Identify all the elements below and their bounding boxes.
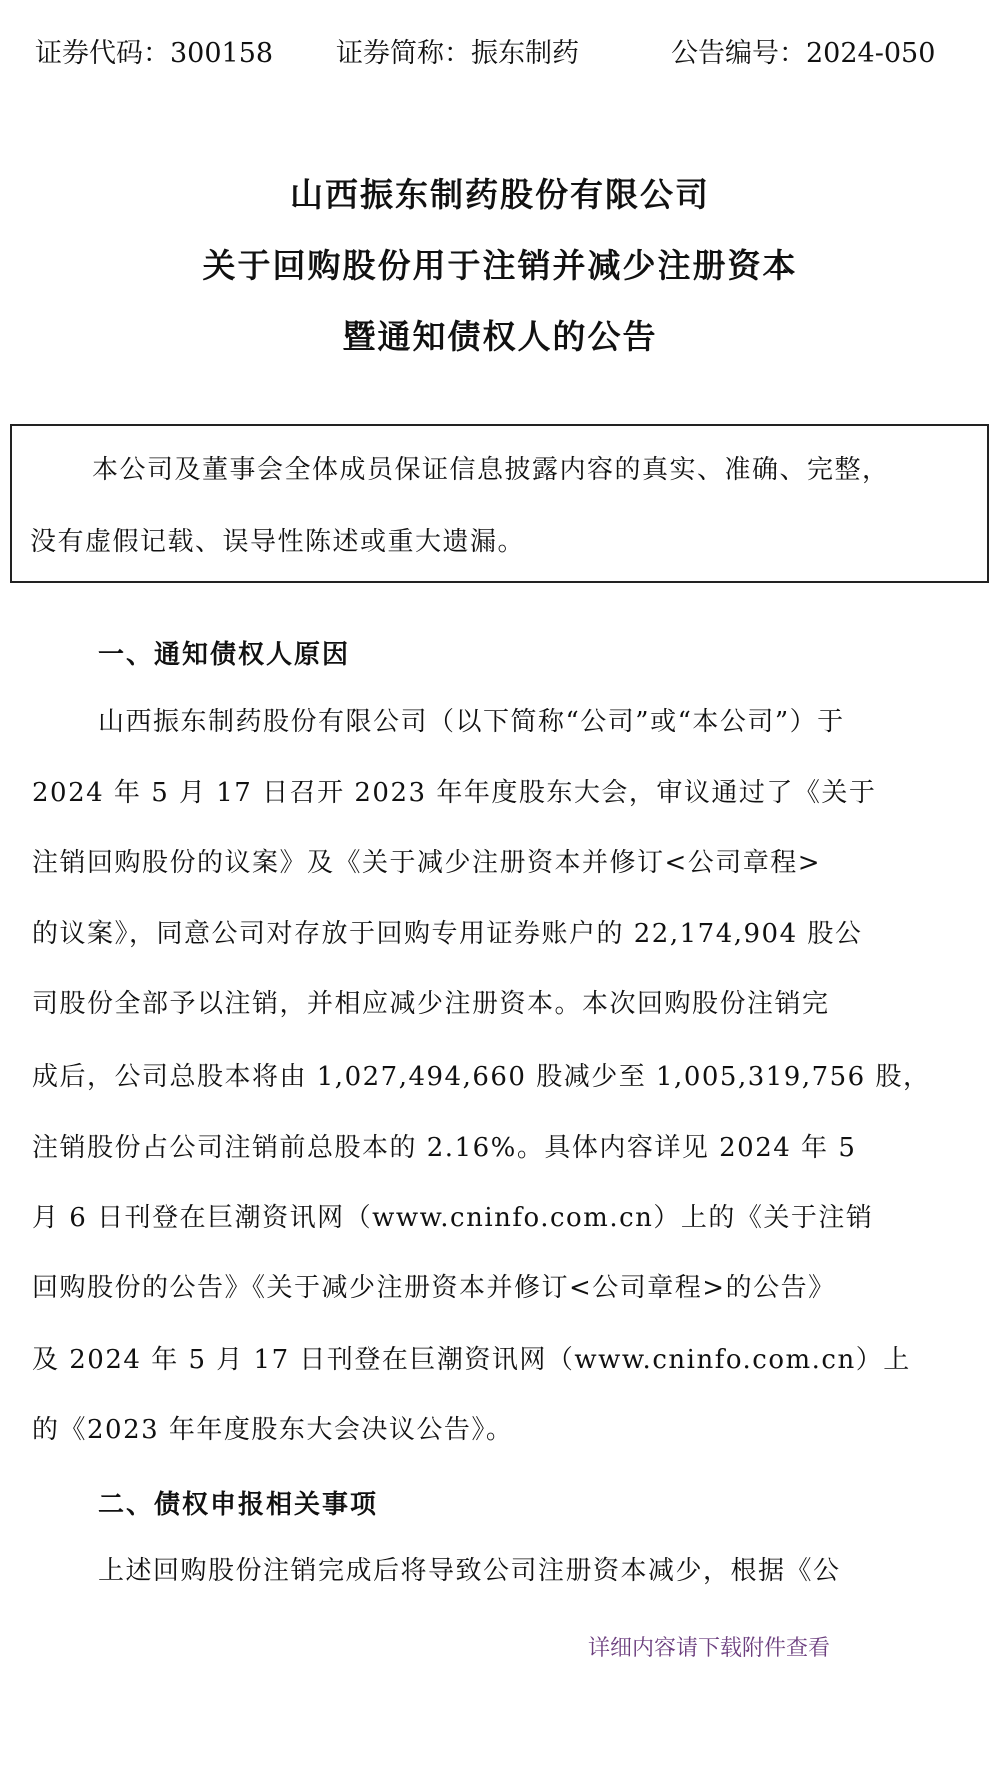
security-code: 证券代码：300158 xyxy=(35,36,273,72)
disclosure-notice-box: 本公司及董事会全体成员保证信息披露内容的真实、准确、完整， 没有虚假记载、误导性… xyxy=(10,424,989,583)
announcement-number: 公告编号：2024-050 xyxy=(671,36,935,72)
announcement-header: 证券代码：300158 证券简称：振东制药 公告编号：2024-050 xyxy=(0,36,1000,72)
notice-line: 没有虚假记载、误导性陈述或重大遗漏。 xyxy=(30,524,525,560)
title-subject: 关于回购股份用于注销并减少注册资本 xyxy=(0,246,1000,286)
notice-line: 本公司及董事会全体成员保证信息披露内容的真实、准确、完整， xyxy=(92,452,890,488)
paragraph-line: 月 6 日刊登在巨潮资讯网（www.cninfo.com.cn）上的《关于注销 xyxy=(32,1200,873,1236)
title-suffix: 暨通知债权人的公告 xyxy=(0,317,1000,357)
paragraph-line: 注销股份占公司注销前总股本的 2.16%。具体内容详见 2024 年 5 xyxy=(32,1130,856,1166)
paragraph-line: 注销回购股份的议案》及《关于减少注册资本并修订<公司章程> xyxy=(32,845,821,881)
paragraph-line: 回购股份的公告》《关于减少注册资本并修订<公司章程>的公告》 xyxy=(32,1270,836,1306)
section-heading-reason: 一、通知债权人原因 xyxy=(98,637,350,673)
paragraph-line: 2024 年 5 月 17 日召开 2023 年年度股东大会，审议通过了《关于 xyxy=(32,775,876,811)
paragraph-line: 的《2023 年年度股东大会决议公告》。 xyxy=(32,1412,513,1448)
paragraph-line: 司股份全部予以注销，并相应减少注册资本。本次回购股份注销完 xyxy=(32,986,830,1022)
paragraph-line: 及 2024 年 5 月 17 日刊登在巨潮资讯网（www.cninfo.com… xyxy=(32,1342,911,1378)
paragraph-line: 的议案》，同意公司对存放于回购专用证券账户的 22,174,904 股公 xyxy=(32,916,862,952)
download-attachment-link[interactable]: 详细内容请下载附件查看 xyxy=(588,1634,830,1664)
paragraph-line: 上述回购股份注销完成后将导致公司注册资本减少，根据《公 xyxy=(98,1553,841,1589)
security-name: 证券简称：振东制药 xyxy=(336,36,579,72)
title-company: 山西振东制药股份有限公司 xyxy=(0,175,1000,215)
paragraph-line: 山西振东制药股份有限公司（以下简称“公司”或“本公司”）于 xyxy=(98,704,845,740)
section-heading-claims: 二、债权申报相关事项 xyxy=(98,1487,378,1523)
paragraph-line: 成后，公司总股本将由 1,027,494,660 股减少至 1,005,319,… xyxy=(32,1059,931,1095)
